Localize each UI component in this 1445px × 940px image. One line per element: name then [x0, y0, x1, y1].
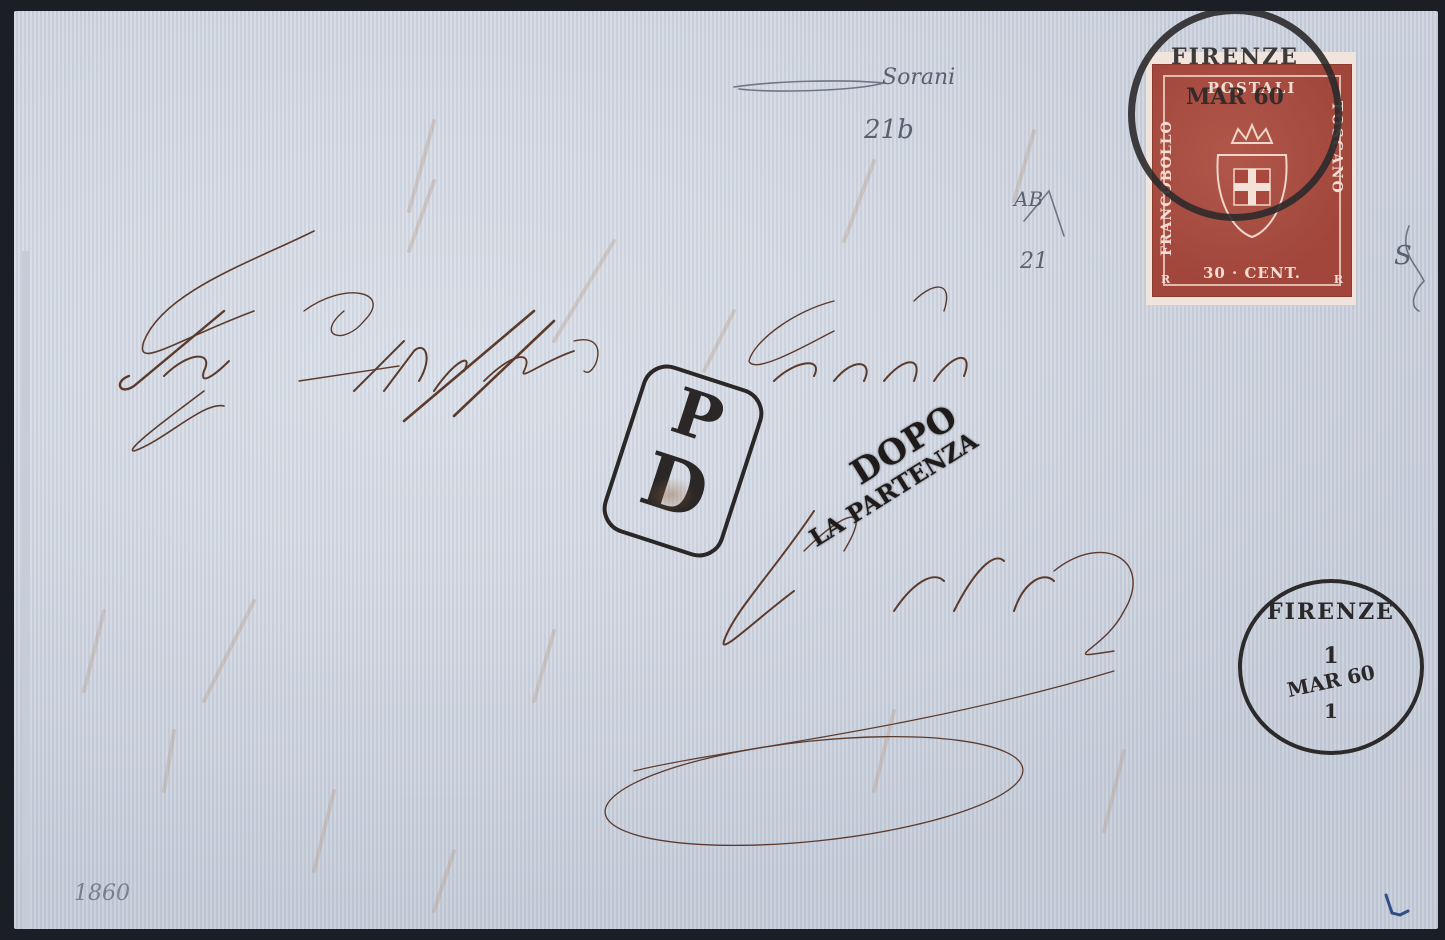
stamp-corner-left: R [1161, 273, 1170, 286]
pencil-catalog-mid: 21 [1020, 249, 1048, 274]
postmark-bottom-circle: FIRENZE 1 MAR 60 1 [1238, 579, 1424, 755]
ink-stain [646, 477, 696, 513]
pencil-initials: AB [1014, 187, 1043, 211]
postmark-bottom-number: 1 [1242, 699, 1420, 723]
blue-crayon-mark [1382, 891, 1422, 929]
postal-cover: Sorani 21b AB 21 S 1860 POSTALI FRANCOBO… [14, 11, 1438, 929]
pencil-year: 1860 [74, 881, 130, 906]
postmark-top-circle: FIRENZE MAR 60 [1128, 11, 1342, 221]
postmark-top-date: MAR 60 [1135, 84, 1335, 110]
pencil-right-mark: S [1394, 241, 1412, 271]
stamp-corner-right: R [1334, 273, 1343, 286]
stamp-value-text: 30 · CENT. [1153, 264, 1351, 282]
postmark-bottom-town: FIRENZE [1242, 599, 1420, 625]
pencil-signature: Sorani [882, 65, 955, 90]
postmark-top-town: FIRENZE [1135, 44, 1335, 70]
pencil-catalog-number: 21b [864, 115, 914, 145]
